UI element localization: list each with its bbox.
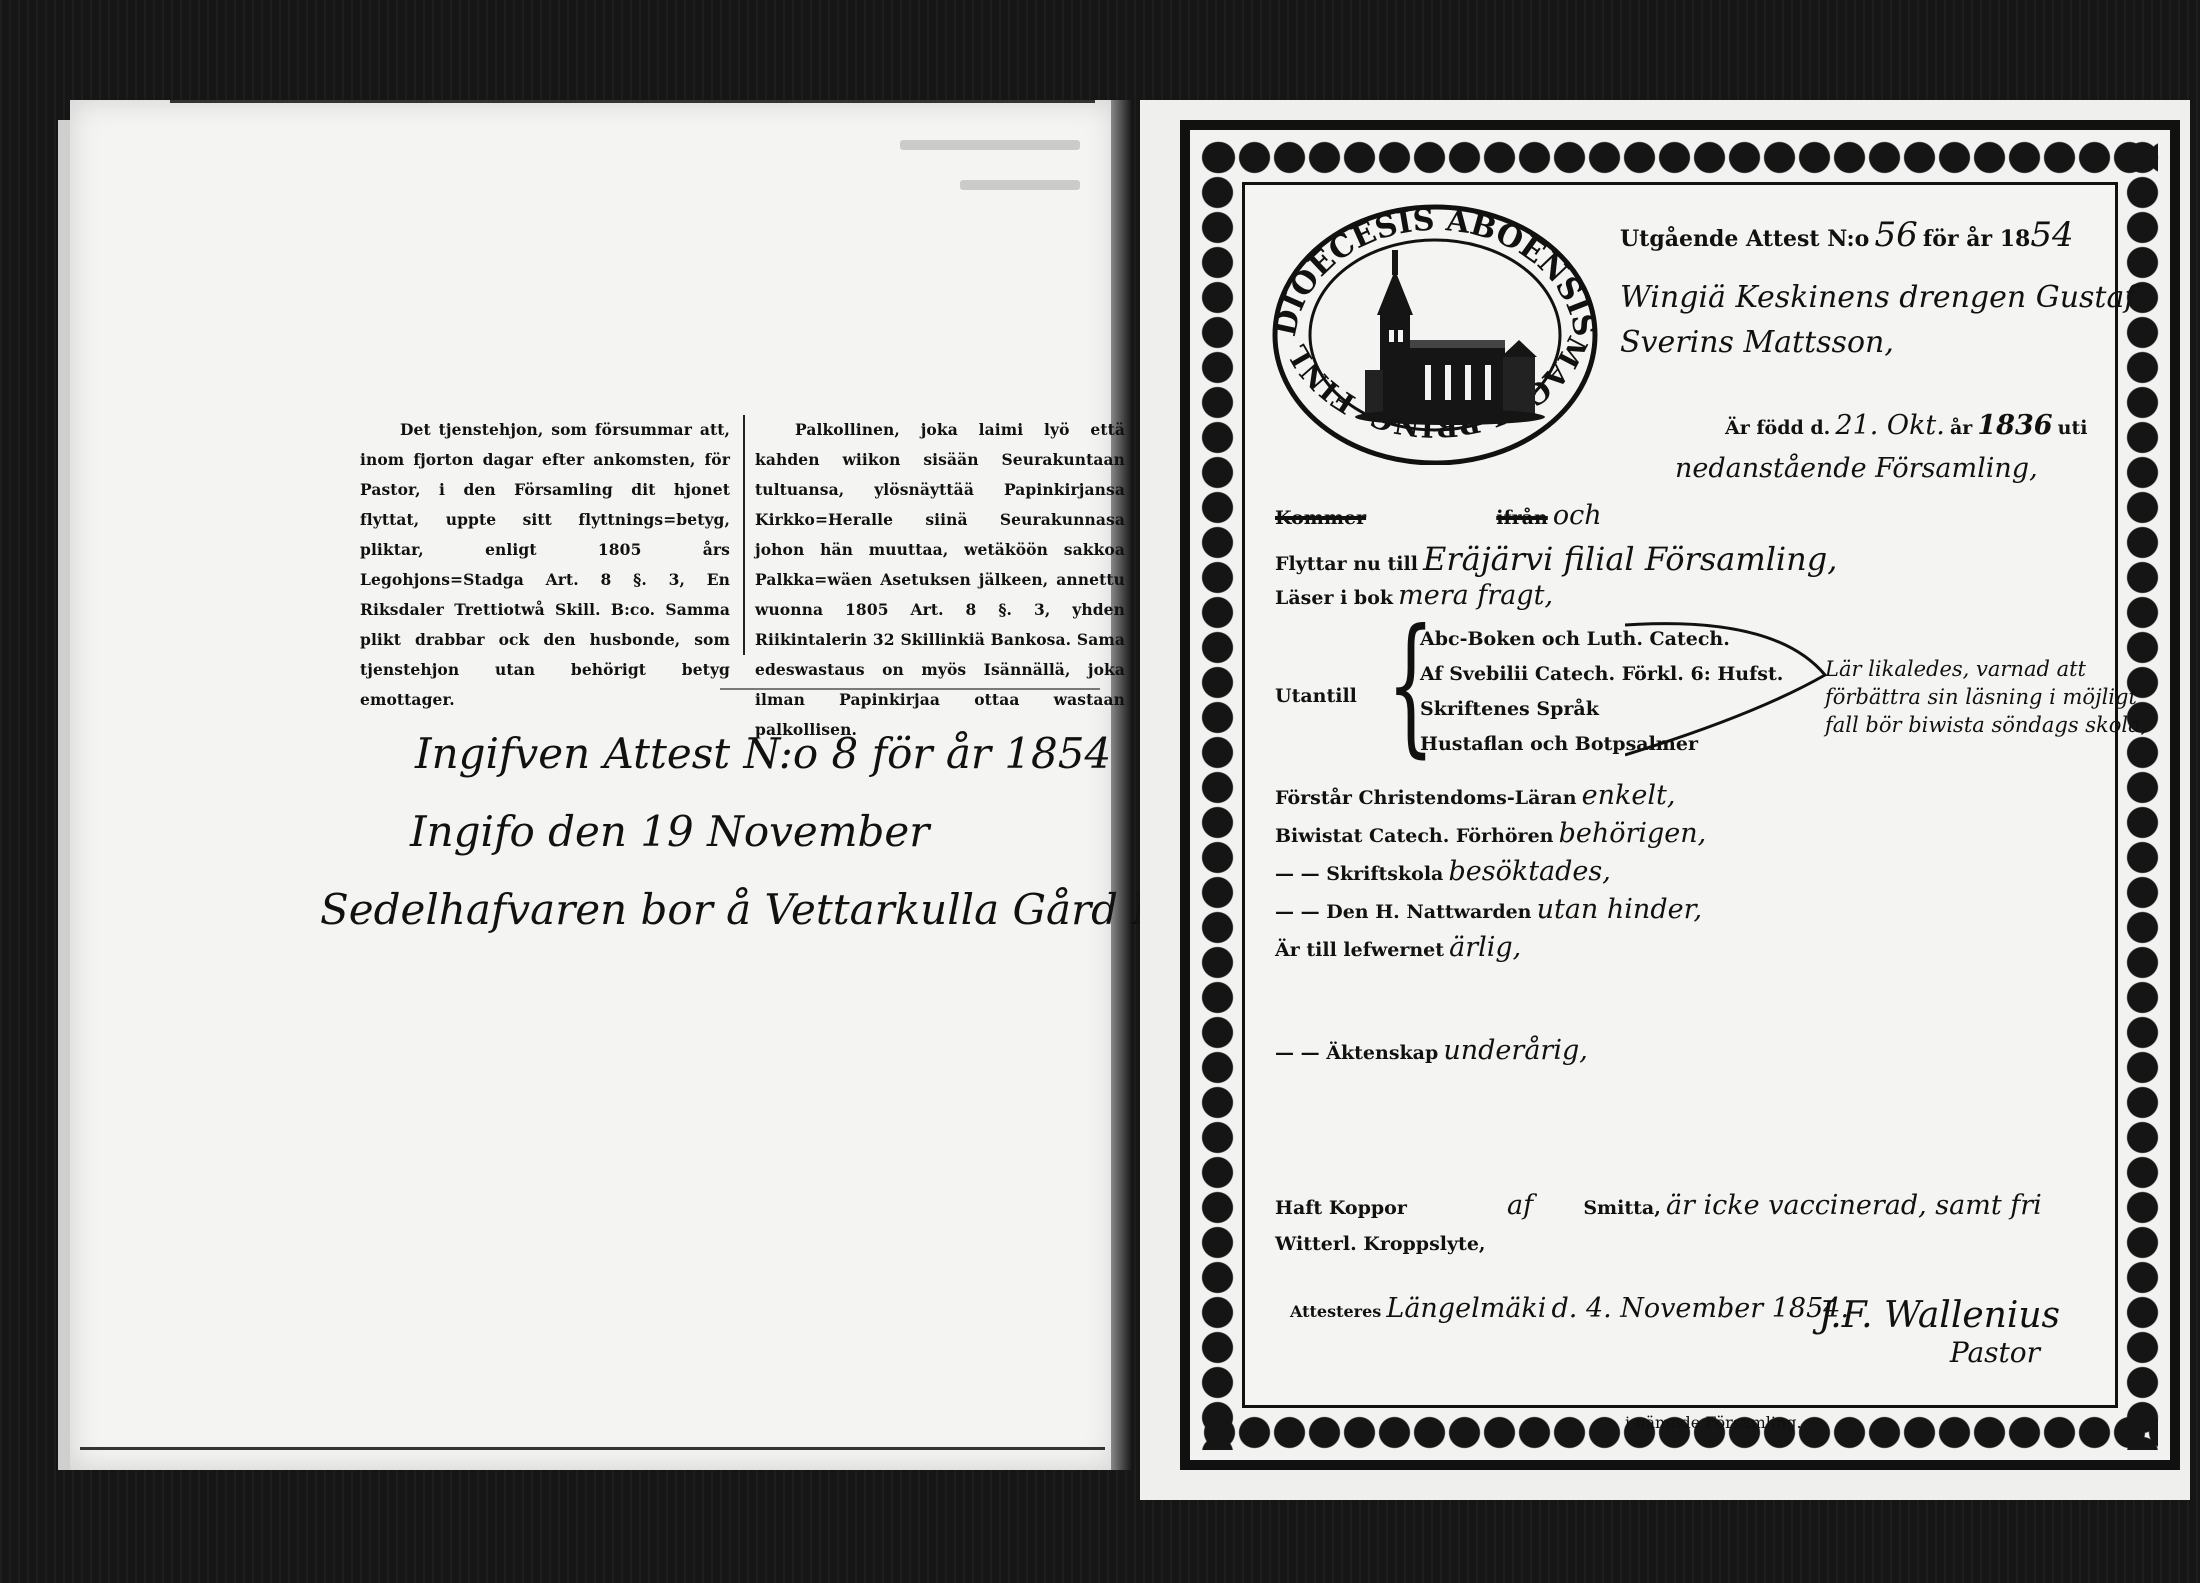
faint-rule — [720, 688, 1100, 690]
column-divider — [743, 415, 745, 655]
moving-to-label: Flyttar nu till — [1275, 553, 1418, 575]
koppor-value-pre: af — [1507, 1190, 1533, 1221]
field-label: Biwistat Catech. Förhören — [1275, 825, 1553, 847]
swedish-notice: Det tjenstehjon, som försummar att, inom… — [360, 415, 730, 715]
person-name-line-1: Wingiä Keskinens drengen Gustaf — [1620, 280, 2135, 315]
field-aktenskap: — — Äktenskap underårig, — [1275, 1035, 1588, 1066]
decorative-border-right — [2125, 140, 2160, 1450]
field-forhoren: Biwistat Catech. Förhören behörigen, — [1275, 818, 1706, 849]
finnish-notice-text: Palkollinen, joka laimi lyö että kahden … — [755, 415, 1125, 745]
page-stack-edge — [58, 120, 70, 1470]
signature-block: J.F. Wallenius Pastor — [1819, 1295, 2060, 1369]
field-nattwarden: — — Den H. Nattwarden utan hinder, — [1275, 894, 1702, 925]
field-value: underårig, — [1443, 1035, 1587, 1066]
koppor-value-post: är icke vaccinerad, samt fri — [1666, 1190, 2042, 1221]
field-value: besöktades, — [1448, 856, 1610, 887]
utantill-item-3: Skriftenes Språk — [1420, 698, 1599, 720]
field-label: — — Skriftskola — [1275, 863, 1443, 885]
utantill-label: Utantill — [1275, 685, 1357, 707]
birth-label: Är född d. — [1725, 417, 1830, 439]
birth-year: 1836 — [1977, 410, 2052, 441]
moving-to-value: Eräjärvi filial Församling, — [1423, 540, 1837, 578]
koppor-label: Haft Koppor — [1275, 1197, 1407, 1219]
page-bottom-rule — [80, 1447, 1105, 1450]
note-line-3: Sedelhafvaren bor å Vettarkulla Gård N:o… — [320, 871, 1273, 949]
handwritten-note: Ingifven Attest N:o 8 för år 1854 Ingifo… — [320, 715, 1273, 949]
birth-year-label: år — [1950, 417, 1972, 439]
person-name-line-2: Sverins Mattsson, — [1620, 325, 1894, 360]
field-skriftskola: — — Skriftskola besöktades, — [1275, 856, 1611, 887]
attest-label: Attesteres — [1290, 1302, 1381, 1321]
field-value: utan hinder, — [1537, 894, 1703, 925]
parish-line: i nämnde Församling. — [1625, 1413, 1802, 1432]
decorative-border-top — [1202, 140, 2158, 175]
field-label: — — Den H. Nattwarden — [1275, 901, 1532, 923]
right-page: DIOECESIS ABOENSIS MAGNI PRINC. FINL. — [1140, 100, 2190, 1500]
field-value: ärlig, — [1449, 932, 1521, 963]
koppor-smitta: Smitta, — [1583, 1197, 1661, 1219]
attest-year: 54 — [2030, 215, 2073, 255]
attest-header: Utgående Attest N:o 56 för år 1854 — [1620, 215, 2074, 255]
finnish-notice: Palkollinen, joka laimi lyö että kahden … — [755, 415, 1125, 745]
attest-date: d. 4. November 1854. — [1552, 1293, 1850, 1324]
field-value: behörigen, — [1559, 818, 1707, 849]
moving-to-line: Flyttar nu till Eräjärvi filial Församli… — [1275, 540, 1837, 578]
field-value: enkelt, — [1582, 780, 1676, 811]
pastor-signature: J.F. Wallenius — [1819, 1295, 2060, 1336]
swedish-notice-text: Det tjenstehjon, som försummar att, inom… — [360, 415, 730, 715]
birth-place: nedanstående Församling, — [1675, 453, 2038, 484]
kroppslyte-label: Witterl. Kroppslyte, — [1275, 1233, 1486, 1255]
attest-number: 56 — [1874, 215, 1917, 255]
from-line: Kommer ifrån och — [1275, 500, 1602, 531]
field-lefwernet: Är till lefwernet ärlig, — [1275, 932, 1521, 963]
field-label: Är till lefwernet — [1275, 939, 1444, 961]
printed-notice-columns: Det tjenstehjon, som försummar att, inom… — [360, 415, 1150, 755]
birth-line: Är född d. 21. Okt. år 1836 uti — [1725, 410, 2087, 441]
reading-label: Läser i bok — [1275, 587, 1393, 609]
attest-line: Attesteres Längelmäki d. 4. November 185… — [1290, 1293, 1849, 1324]
left-page: Det tjenstehjon, som försummar att, inom… — [70, 100, 1115, 1470]
certificate-body: DIOECESIS ABOENSIS MAGNI PRINC. FINL. — [1242, 182, 2118, 1408]
pastor-title: Pastor — [1819, 1336, 2040, 1369]
struck-label-ifran: ifrån — [1496, 507, 1548, 529]
field-christendom: Förstår Christendoms-Läran enkelt, — [1275, 780, 1675, 811]
certificate-frame: DIOECESIS ABOENSIS MAGNI PRINC. FINL. — [1180, 120, 2180, 1470]
bleed-through-text — [700, 110, 1090, 270]
struck-label-kommer: Kommer — [1275, 507, 1366, 529]
certificate-form: Utgående Attest N:o 56 för år 1854 Wingi… — [1245, 185, 2115, 1405]
utantill-side-note: Lär likaledes, varnad att förbättra sin … — [1825, 655, 2155, 739]
birth-uti-label: uti — [2058, 417, 2088, 439]
attest-year-label: för år 18 — [1923, 226, 2031, 252]
attest-number-label: Utgående Attest N:o — [1620, 226, 1869, 252]
attest-place: Längelmäki — [1386, 1293, 1546, 1324]
field-label: — — Äktenskap — [1275, 1042, 1438, 1064]
decorative-border-left — [1200, 140, 1235, 1450]
koppor-line: Haft Koppor af Smitta, är icke vaccinera… — [1275, 1190, 2042, 1221]
birth-day: 21. Okt. — [1835, 410, 1944, 441]
page-top-rule — [170, 100, 1095, 103]
from-value: och — [1553, 500, 1602, 531]
field-label: Förstår Christendoms-Läran — [1275, 787, 1577, 809]
